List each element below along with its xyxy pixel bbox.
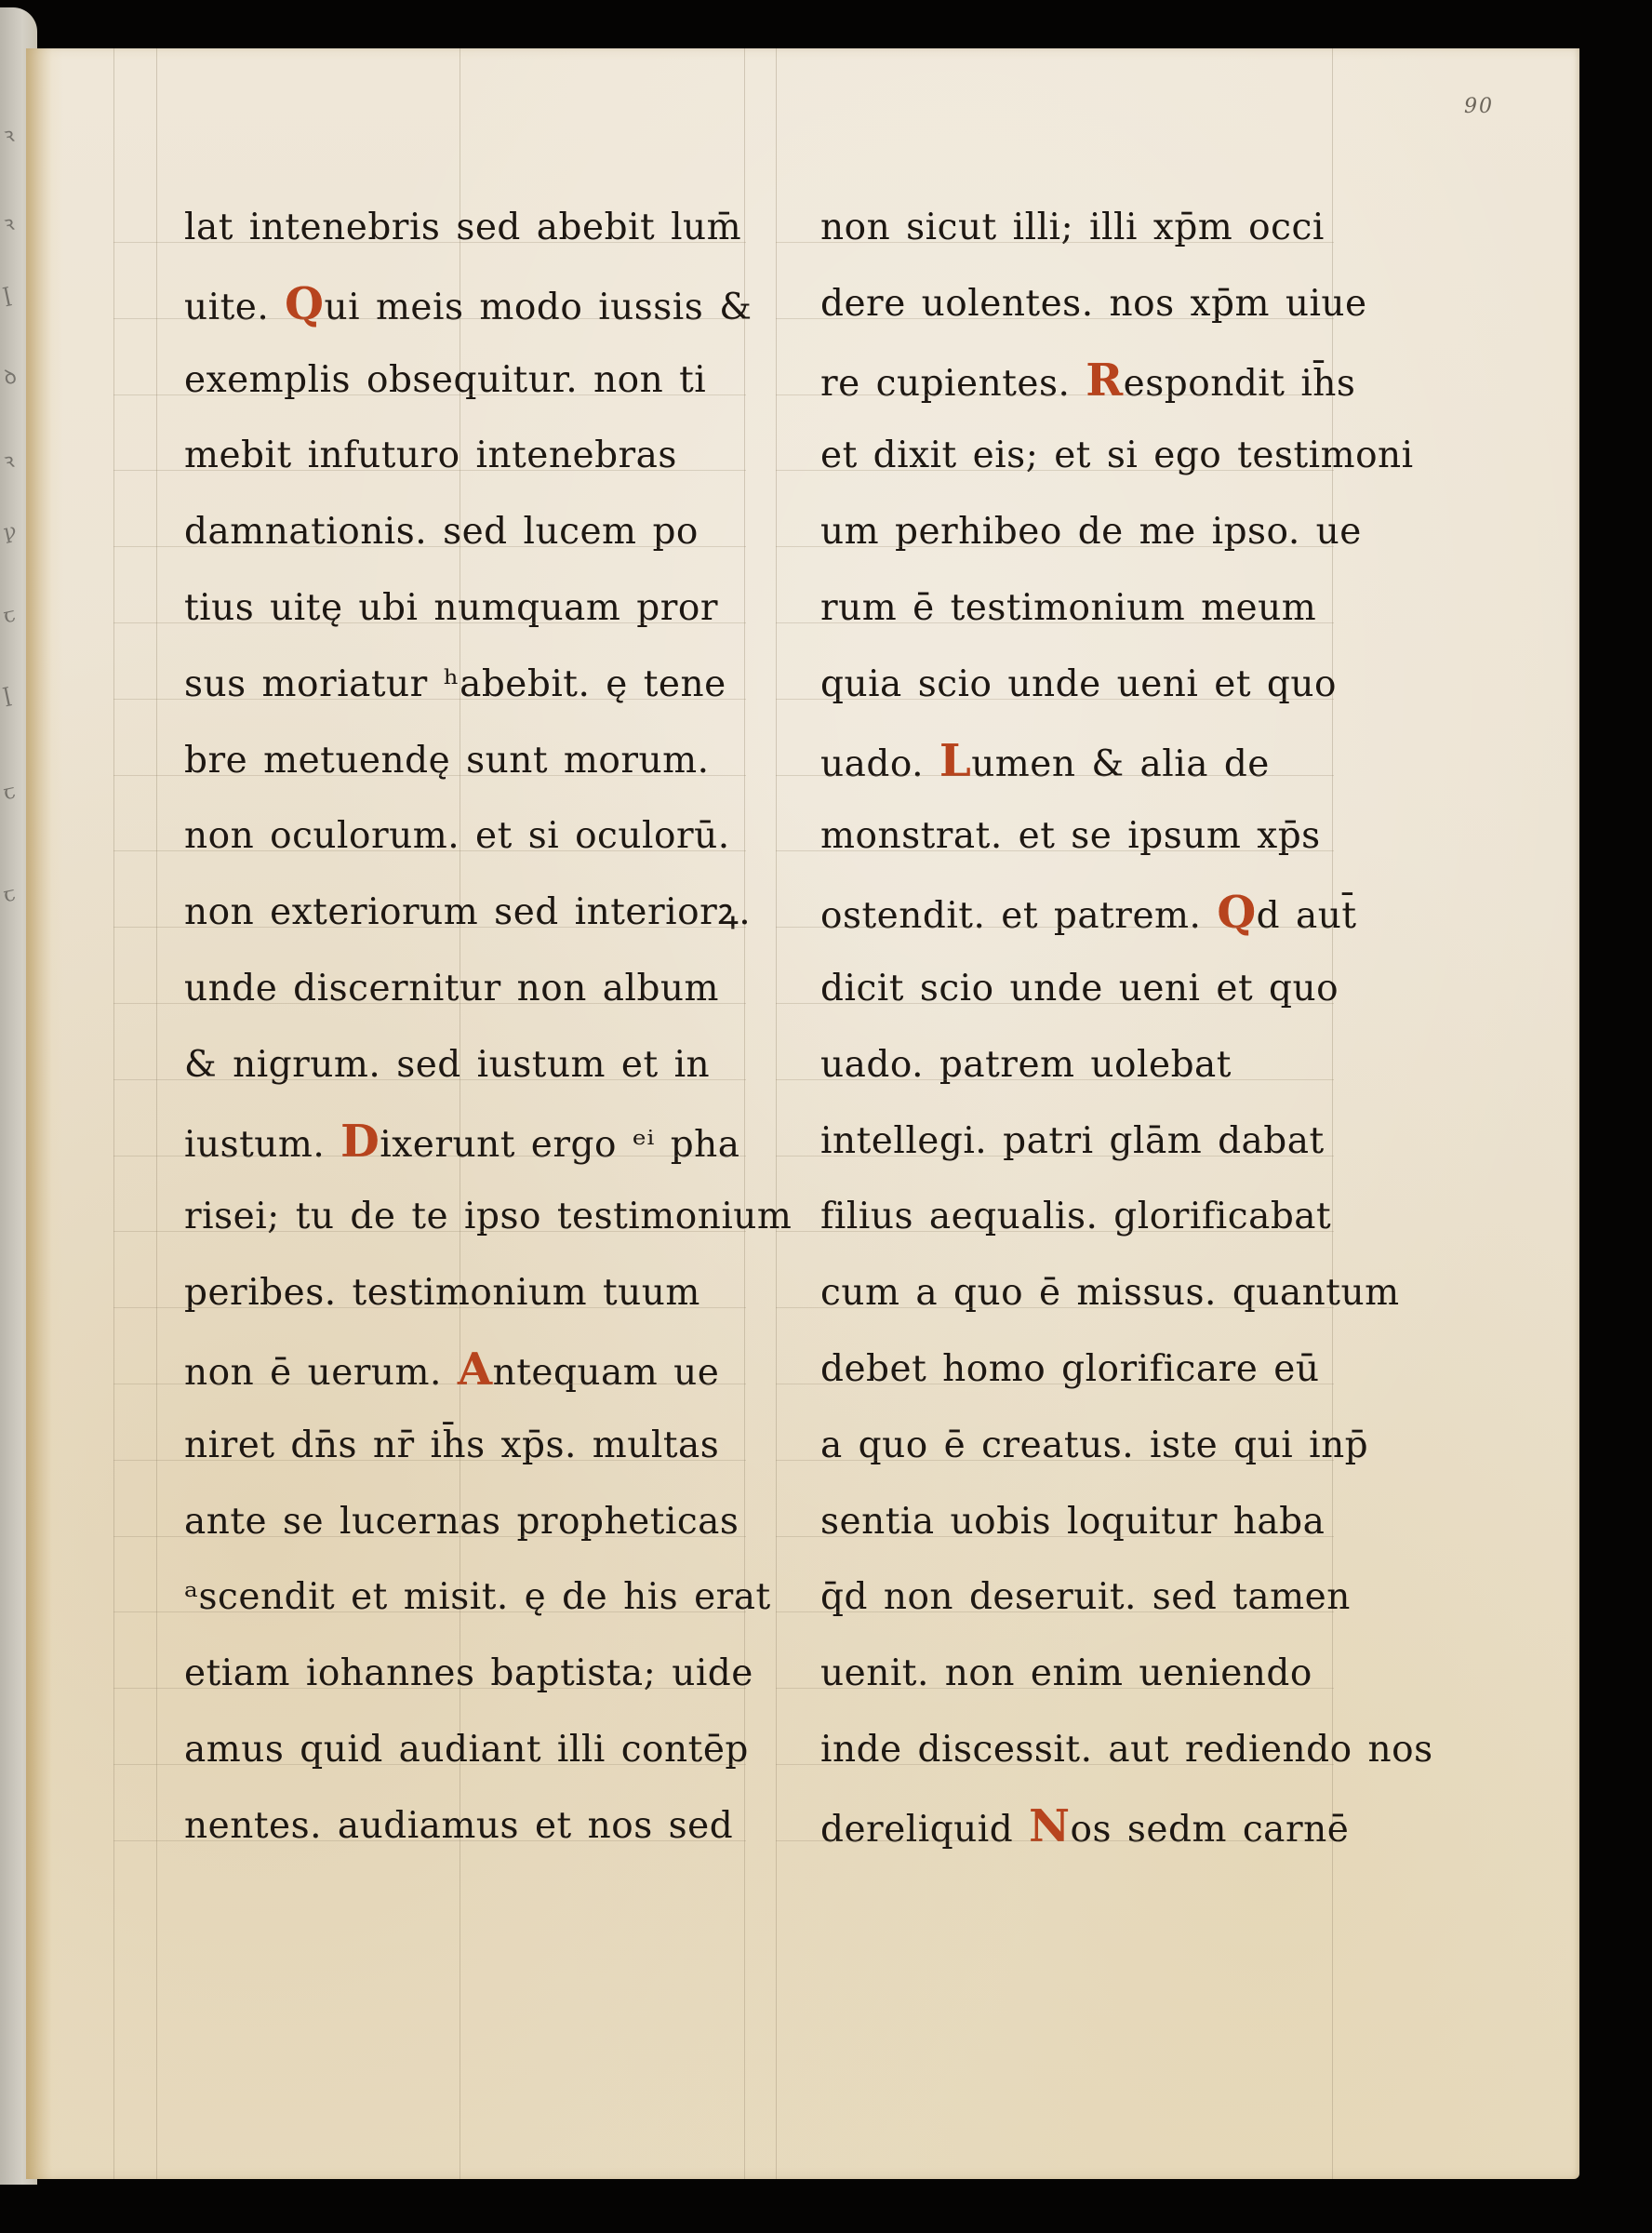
manuscript-line: non exteriorum sed interiorꝝ.	[184, 889, 751, 936]
manuscript-line: non ē uerum. Antequam ue	[184, 1346, 719, 1393]
manuscript-line: ante se lucernas propheticas	[184, 1499, 739, 1545]
manuscript-line: intellegi. patri glām dabat	[820, 1118, 1325, 1165]
ruling-line	[113, 1460, 746, 1461]
ruling-line	[776, 1156, 1334, 1157]
manuscript-line: dere uolentes. nos xp̄m uiue	[820, 281, 1367, 328]
line-text-prefix: uado.	[820, 743, 939, 785]
line-text: ui meis modo iussis &	[324, 287, 752, 328]
manuscript-line: non oculorum. et si oculorū.	[184, 813, 730, 860]
manuscript-line: uado. Lumen & alia de	[820, 738, 1270, 784]
ruling-line	[776, 470, 1334, 471]
ruling-line	[776, 1764, 1334, 1765]
ruling-line	[113, 1231, 746, 1232]
manuscript-line: ostendit. et patrem. Qd aut̄	[820, 889, 1357, 936]
ruling-line	[113, 622, 746, 623]
line-text-prefix: re cupientes.	[820, 363, 1086, 405]
ruling-line	[113, 850, 746, 851]
manuscript-photo: ꝛ ꝛ ꟾ ꝺ ꝛ ꝩ ꞇ ꟾ ꞇ ꞇ 90 lat intenebris se…	[0, 0, 1652, 2233]
ruling-line	[776, 394, 1334, 395]
line-text: d aut̄	[1257, 895, 1357, 937]
manuscript-line: non sicut illi; illi xp̄m occi	[820, 205, 1325, 251]
ruling-line	[113, 1840, 746, 1841]
manuscript-line: iustum. Dixerunt ergo ᵉⁱ pha	[184, 1118, 740, 1165]
manuscript-line: quia scio unde ueni et quo	[820, 662, 1337, 708]
manuscript-line: rum ē testimonium meum	[820, 585, 1316, 632]
manuscript-line: a quo ē creatus. iste qui inp̄	[820, 1423, 1368, 1469]
manuscript-line: bre metuendę sunt morum.	[184, 738, 710, 784]
manuscript-line: lat intenebris sed abebit lum̄	[184, 205, 741, 251]
ruling-line	[113, 48, 114, 2179]
manuscript-line: filius aequalis. glorificabat	[820, 1194, 1331, 1240]
ruling-line	[744, 48, 745, 2179]
ruling-line	[113, 1003, 746, 1004]
ruling-line	[776, 1307, 1334, 1308]
manuscript-line: inde discessit. aut rediendo nos	[820, 1727, 1433, 1773]
line-text-prefix: ostendit. et patrem.	[820, 895, 1217, 937]
line-text-prefix: dereliquid	[820, 1809, 1029, 1851]
manuscript-line: et dixit eis; et si ego testimoni	[820, 433, 1414, 479]
manuscript-line: damnationis. sed lucem po	[184, 509, 699, 555]
ruling-line	[113, 546, 746, 547]
rubricated-initial: R	[1086, 354, 1123, 407]
ruling-line	[776, 546, 1334, 547]
manuscript-line: & nigrum. sed iustum et in	[184, 1042, 710, 1089]
ruling-line	[776, 1840, 1334, 1841]
manuscript-line: risei; tu de te ipso testimonium	[184, 1194, 792, 1240]
ruling-line	[113, 1688, 746, 1689]
manuscript-line: niret dn̄s nr̄ ih̄s xp̄s. multas	[184, 1423, 719, 1469]
rubricated-initial: D	[340, 1116, 380, 1168]
ruling-line	[776, 1688, 1334, 1689]
folio-number: 90	[1464, 95, 1494, 118]
ruling-line	[113, 242, 746, 243]
ruling-line	[113, 1307, 746, 1308]
ruling-line	[776, 1003, 1334, 1004]
manuscript-line: tius uitę ubi numquam pror	[184, 585, 718, 632]
ruling-line	[113, 775, 746, 776]
line-text: espondit ih̄s	[1124, 363, 1356, 405]
line-text-prefix: iustum.	[184, 1124, 340, 1166]
rubricated-initial: L	[939, 735, 971, 787]
ruling-line	[776, 318, 1334, 319]
line-text: umen & alia de	[971, 743, 1270, 785]
manuscript-line: re cupientes. Respondit ih̄s	[820, 357, 1355, 404]
ruling-line	[113, 927, 746, 928]
manuscript-line: q̄d non deseruit. sed tamen	[820, 1574, 1351, 1621]
manuscript-line: uado. patrem uolebat	[820, 1042, 1232, 1089]
ruling-line	[113, 318, 746, 319]
ruling-line	[776, 1384, 1334, 1384]
manuscript-line: monstrat. et se ipsum xp̄s	[820, 813, 1321, 860]
ruling-line	[113, 699, 746, 700]
manuscript-line: mebit infuturo intenebras	[184, 433, 677, 479]
manuscript-line: dereliquid Nos sedm carnē	[820, 1803, 1349, 1850]
manuscript-line: nentes. audiamus et nos sed	[184, 1803, 733, 1850]
manuscript-line: unde discernitur non album	[184, 966, 719, 1012]
rubricated-initial: Q	[1217, 887, 1256, 939]
ruling-line	[113, 1384, 746, 1384]
manuscript-leaf: 90 lat intenebris sed abebit lum̄uite. Q…	[26, 48, 1579, 2179]
manuscript-line: dicit scio unde ueni et quo	[820, 966, 1339, 1012]
line-text: ntequam ue	[493, 1352, 720, 1394]
rubricated-initial: N	[1029, 1800, 1070, 1852]
ruling-line	[776, 927, 1334, 928]
manuscript-line: ᵃscendit et misit. ę de his erat	[184, 1574, 771, 1621]
rubricated-initial: A	[458, 1344, 493, 1396]
rubricated-initial: Q	[285, 278, 324, 330]
manuscript-line: sus moriatur ʰabebit. ę tene	[184, 662, 726, 708]
line-text: os sedm carnē	[1071, 1809, 1350, 1851]
ruling-line	[776, 1231, 1334, 1232]
manuscript-line: uenit. non enim ueniendo	[820, 1651, 1312, 1697]
ruling-line	[776, 242, 1334, 243]
manuscript-line: uite. Qui meis modo iussis &	[184, 281, 752, 328]
ruling-line	[776, 1536, 1334, 1537]
manuscript-line: debet homo glorificare eū	[820, 1346, 1319, 1393]
manuscript-line: amus quid audiant illi contēp	[184, 1727, 749, 1773]
ruling-line	[776, 48, 777, 2179]
ruling-line	[113, 1611, 746, 1612]
line-text-prefix: uite.	[184, 287, 285, 328]
ruling-line	[113, 1536, 746, 1537]
manuscript-line: sentia uobis loquitur haba	[820, 1499, 1325, 1545]
gutter-stain	[26, 48, 63, 2179]
manuscript-line: um perhibeo de me ipso. ue	[820, 509, 1362, 555]
ruling-line	[113, 1156, 746, 1157]
ruling-line	[113, 1764, 746, 1765]
line-text-prefix: non ē uerum.	[184, 1352, 458, 1394]
ruling-line	[776, 775, 1334, 776]
ruling-line	[156, 48, 157, 2179]
ruling-line	[776, 622, 1334, 623]
ruling-line	[776, 850, 1334, 851]
line-text: ixerunt ergo ᵉⁱ pha	[380, 1124, 739, 1166]
ruling-line	[113, 470, 746, 471]
manuscript-line: peribes. testimonium tuum	[184, 1270, 700, 1317]
ruling-line	[776, 1079, 1334, 1080]
ruling-line	[776, 699, 1334, 700]
ruling-line	[776, 1460, 1334, 1461]
manuscript-line: cum a quo ē missus. quantum	[820, 1270, 1400, 1317]
ruling-line	[776, 1611, 1334, 1612]
manuscript-line: exemplis obsequitur. non ti	[184, 357, 706, 404]
manuscript-line: etiam iohannes baptista; uide	[184, 1651, 753, 1697]
ruling-line	[113, 1079, 746, 1080]
ruling-line	[113, 394, 746, 395]
